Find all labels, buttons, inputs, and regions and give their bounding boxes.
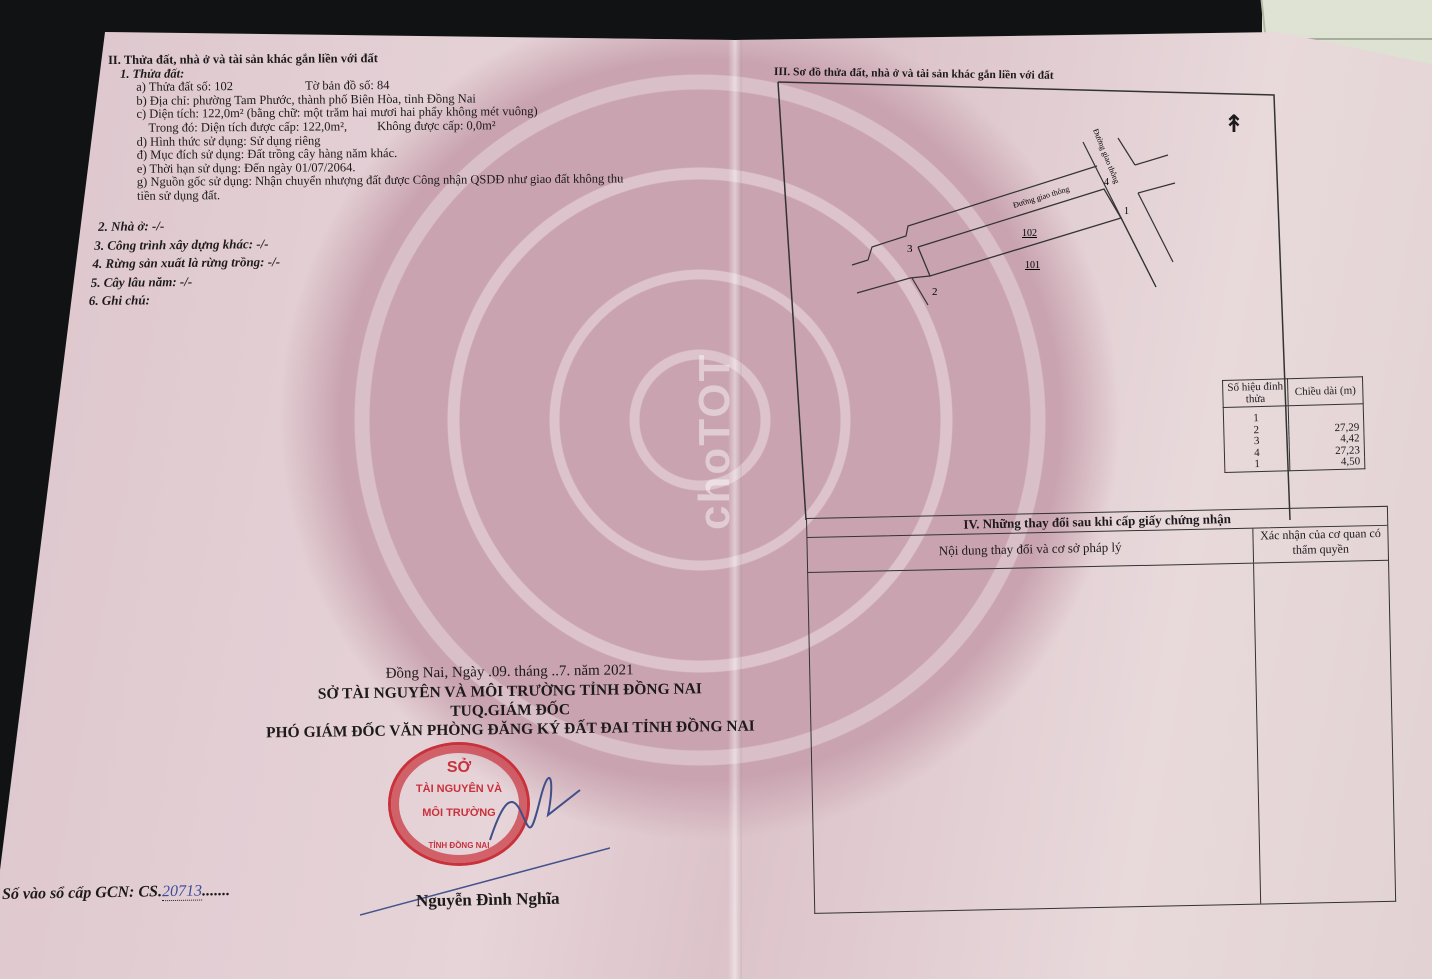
gcn-label: Số vào sổ cấp GCN: CS. bbox=[2, 883, 162, 903]
signature-block: Đồng Nai, Ngày .09. tháng ..7. năm 2021 … bbox=[219, 658, 800, 743]
north-arrow-icon: ↟ bbox=[1224, 110, 1244, 138]
signer-name: Nguyễn Đình Nghĩa bbox=[416, 889, 560, 912]
item-other-construction: 3. Công trình xây dựng khác: -/- bbox=[88, 235, 280, 256]
vertex-cell: 1 bbox=[1225, 458, 1290, 472]
confirmation-column-header: Xác nhận của cơ quan có thẩm quyền bbox=[1252, 526, 1388, 563]
length-cell: 4,50 bbox=[1290, 456, 1365, 470]
section-4-changes: IV. Những thay đổi sau khi cấp giấy chứn… bbox=[806, 506, 1396, 914]
item-house: 2. Nhà ở: -/- bbox=[88, 216, 280, 237]
vertex-cell: 1 bbox=[1223, 406, 1288, 426]
watermark: choTOT bbox=[690, 310, 760, 530]
item-notes: 6. Ghi chú: bbox=[89, 290, 281, 311]
vertex-length-table: Số hiệu đỉnh thửa Chiều dài (m) 1227,293… bbox=[1222, 376, 1365, 472]
confirmation-cell bbox=[1253, 561, 1395, 904]
header-length: Chiều dài (m) bbox=[1287, 377, 1363, 406]
item-perennial-trees: 5. Cây lâu năm: -/- bbox=[89, 272, 281, 293]
area-granted: Trong đó: Diện tích được cấp: 122,0m², bbox=[148, 119, 347, 134]
map-sheet-number: Tờ bản đồ số: 84 bbox=[305, 78, 389, 93]
handwritten-signature bbox=[470, 770, 590, 850]
parcel-number: a) Thửa đất số: 102 bbox=[136, 79, 233, 94]
section-2-other-items: 2. Nhà ở: -/- 3. Công trình xây dựng khá… bbox=[88, 216, 280, 311]
gcn-number: 20713 bbox=[162, 883, 202, 902]
header-vertex: Số hiệu đỉnh thửa bbox=[1223, 379, 1289, 408]
changes-cell bbox=[808, 564, 1260, 913]
changes-body bbox=[807, 561, 1396, 914]
section-2-land: II. Thửa đất, nhà ở và tài sản khác gắn … bbox=[108, 50, 623, 203]
area-not-granted: Không được cấp: 0,0m² bbox=[377, 118, 496, 133]
item-planted-forest: 4. Rừng sản xuất là rừng trồng: -/- bbox=[88, 253, 280, 274]
